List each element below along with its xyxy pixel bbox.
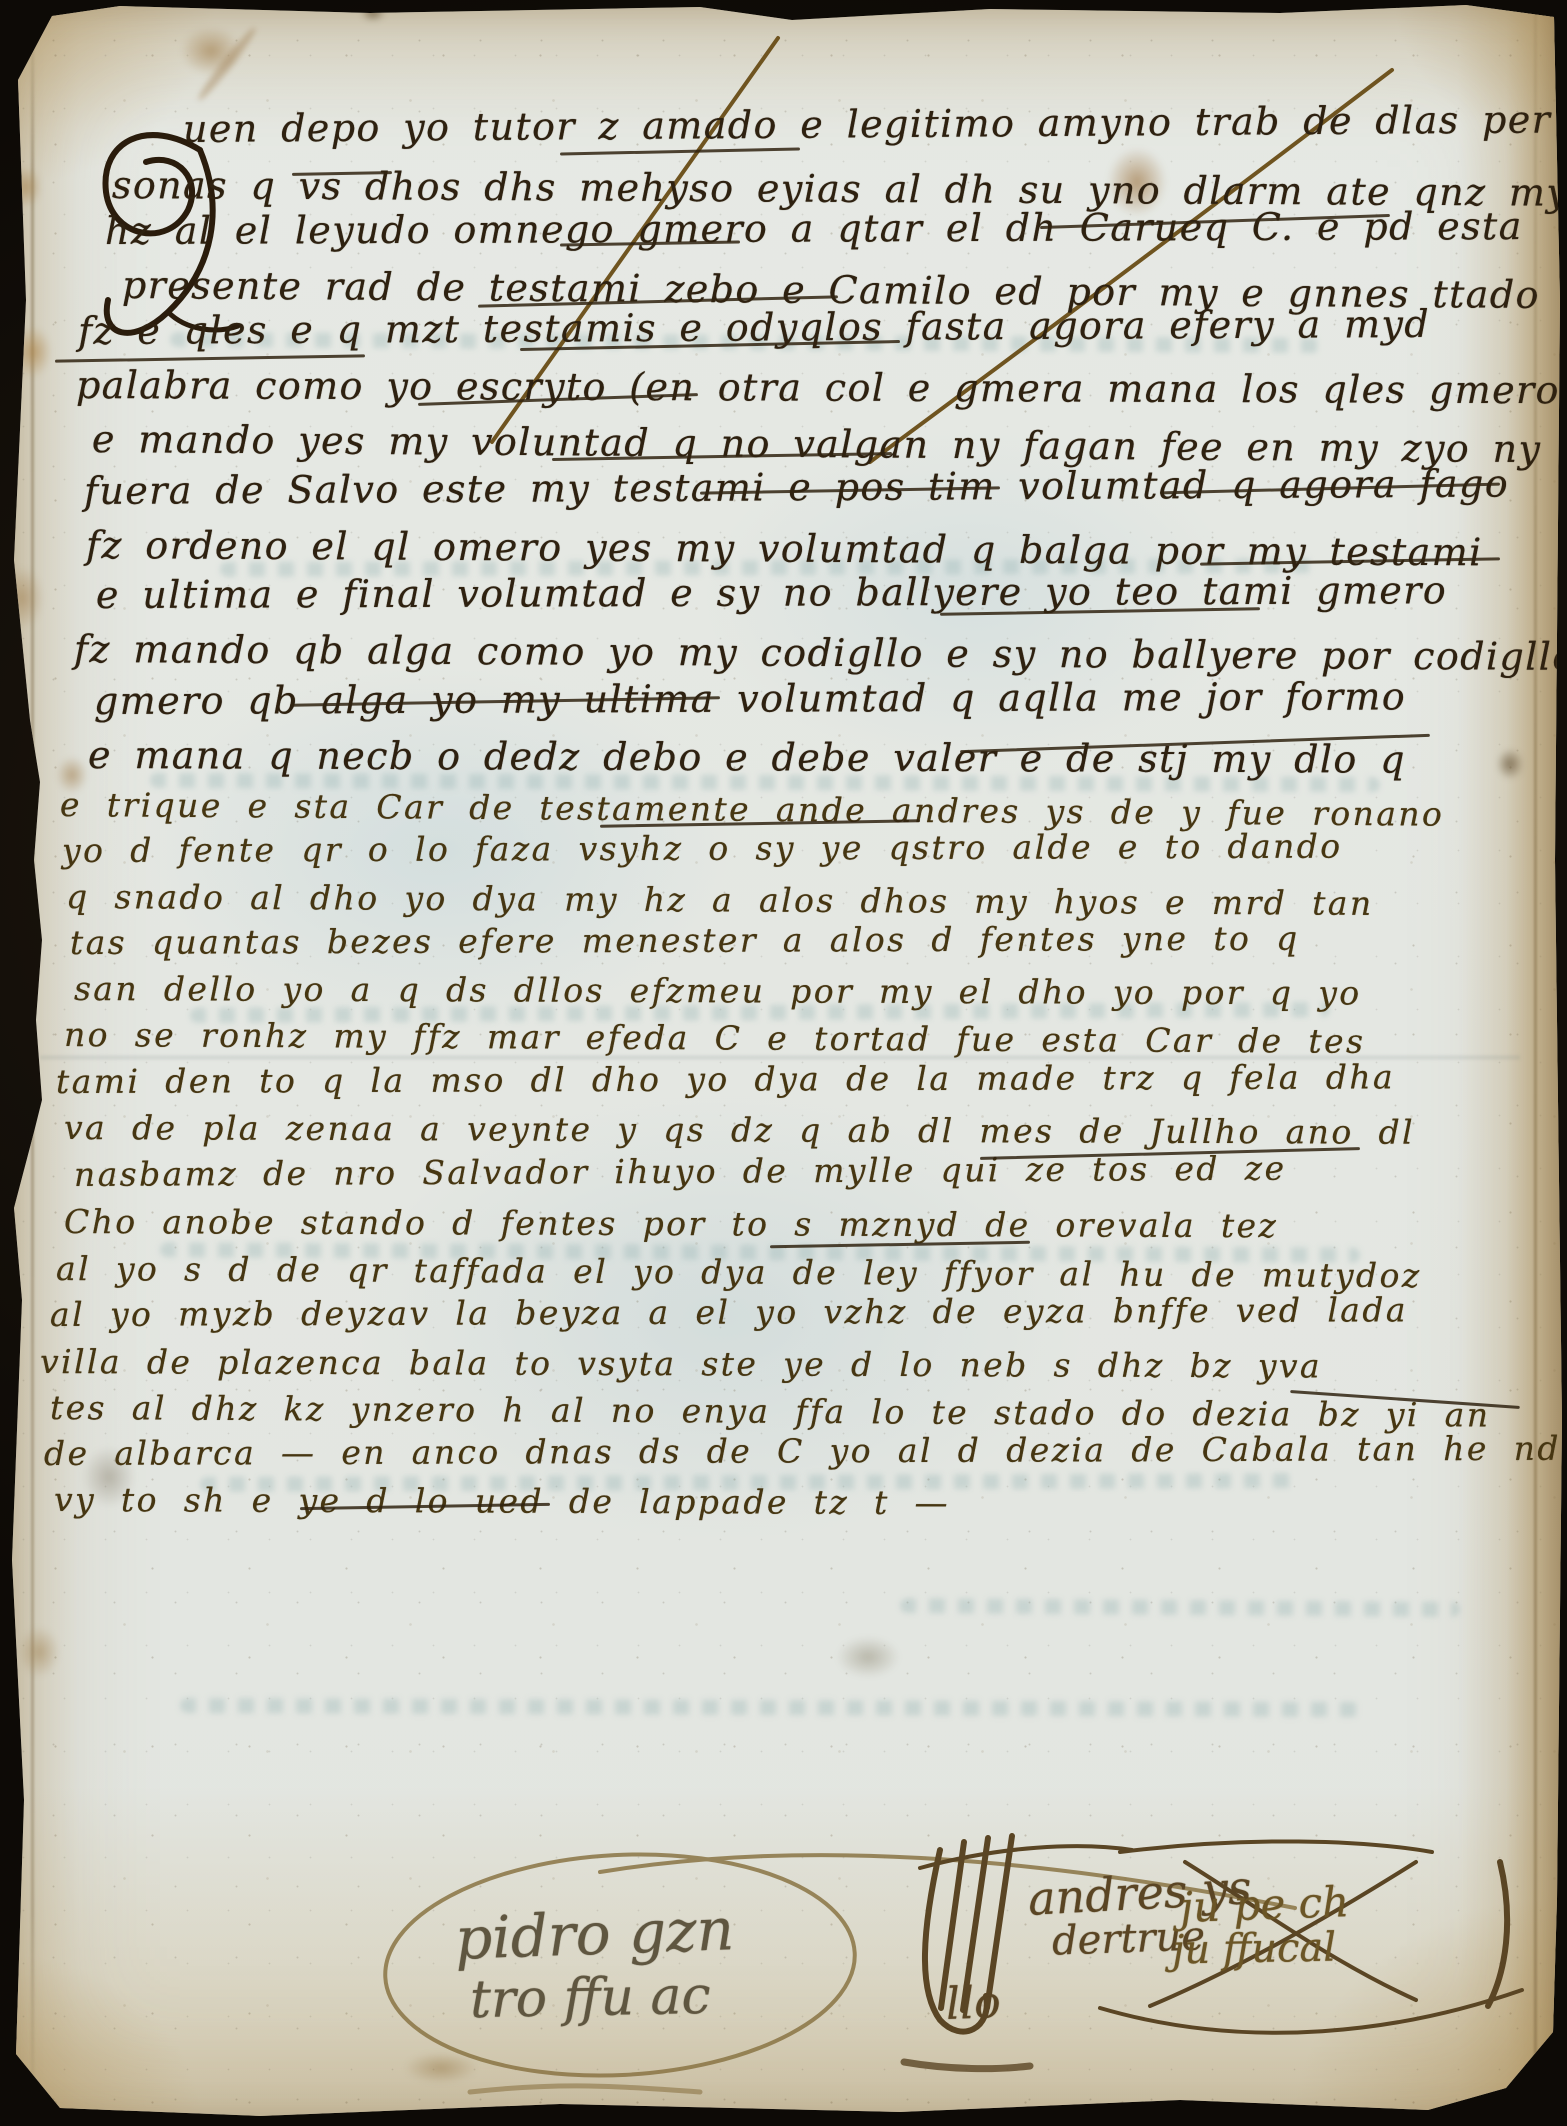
manuscript-line: tami den to q la mso dl dho yo dya de la… bbox=[56, 1057, 1395, 1101]
strikethrough-stroke bbox=[55, 354, 365, 362]
manuscript-line: e mana q necb o dedz debo e debe valer e… bbox=[88, 733, 1406, 782]
bleedthrough-band bbox=[180, 1698, 1360, 1717]
manuscript-line: uen depo yo tutor z amado e legitimo amy… bbox=[183, 97, 1552, 151]
right-page-curl bbox=[1506, 0, 1564, 2126]
manuscript-line: Cho anobe stando d fentes por to s mznyd… bbox=[64, 1202, 1278, 1245]
signature-right-name-3: llo bbox=[945, 1977, 1001, 2030]
manuscript-line: tas quantas bezes efere menester a alos … bbox=[70, 919, 1300, 962]
manuscript-line: hz al el leyudo omnego gmero a qtar el d… bbox=[105, 204, 1523, 253]
stain bbox=[14, 326, 52, 378]
bleedthrough-band bbox=[900, 1598, 1460, 1617]
stain bbox=[360, 4, 386, 22]
manuscript-line: de albarca — en anco dnas ds de C yo al … bbox=[44, 1429, 1567, 1473]
stain bbox=[1496, 748, 1524, 780]
left-fold-crease bbox=[31, 0, 34, 2126]
manuscript-line: al yo s d de qr taffada el yo dya de ley… bbox=[56, 1249, 1422, 1295]
manuscript-line: gmero qb alga yo my ultima volumtad q aq… bbox=[94, 674, 1406, 723]
manuscript-line: tes al dhz kz ynzero h al no enya ffa lo… bbox=[50, 1388, 1491, 1435]
manuscript-photo: uen depo yo tutor z amado e legitimo amy… bbox=[0, 0, 1567, 2126]
stain bbox=[4, 936, 40, 984]
signature-secondary-name: ju pe ch bbox=[1179, 1877, 1350, 1932]
signature-left-name: pidro gzn bbox=[454, 1895, 735, 1973]
right-fold-crease bbox=[1534, 0, 1537, 2126]
manuscript-line: san dello yo a q ds dllos efzmeu por my … bbox=[74, 969, 1362, 1012]
manuscript-line: fz ordeno el ql omero yes my volumtad q … bbox=[86, 523, 1483, 574]
manuscript-line: yo d fente qr o lo faza vsyhz o sy ye qs… bbox=[62, 827, 1343, 870]
manuscript-line: va de pla zenaa a veynte y qs dz q ab dl… bbox=[64, 1108, 1415, 1152]
stain bbox=[404, 2052, 478, 2084]
manuscript-line: q snado al dho yo dya my hz a alos dhos … bbox=[66, 877, 1374, 923]
manuscript-line: al yo myzb deyzav la beyza a el yo vzhz … bbox=[50, 1290, 1408, 1334]
manuscript-line: no se ronhz my ffz mar efeda C e tortad … bbox=[64, 1015, 1366, 1061]
manuscript-page: uen depo yo tutor z amado e legitimo amy… bbox=[0, 0, 1567, 2126]
stain bbox=[10, 166, 42, 208]
manuscript-line: villa de plazenca bala to vsyta ste ye d… bbox=[40, 1342, 1322, 1385]
signature-left-name-2: tro ffu ac bbox=[469, 1966, 711, 2030]
strikethrough-stroke bbox=[560, 147, 800, 155]
signature-secondary-name-2: ju ffucal bbox=[1172, 1925, 1337, 1974]
stain bbox=[18, 1626, 60, 1678]
stain bbox=[0, 566, 44, 630]
manuscript-line: vy to sh e ye d lo ued de lappade tz t — bbox=[54, 1480, 950, 1522]
stain bbox=[836, 1636, 900, 1678]
manuscript-line: fz mando qb alga como yo my codigllo e s… bbox=[74, 627, 1567, 679]
manuscript-line: palabra como yo escryto (en otra col e g… bbox=[76, 363, 1560, 412]
